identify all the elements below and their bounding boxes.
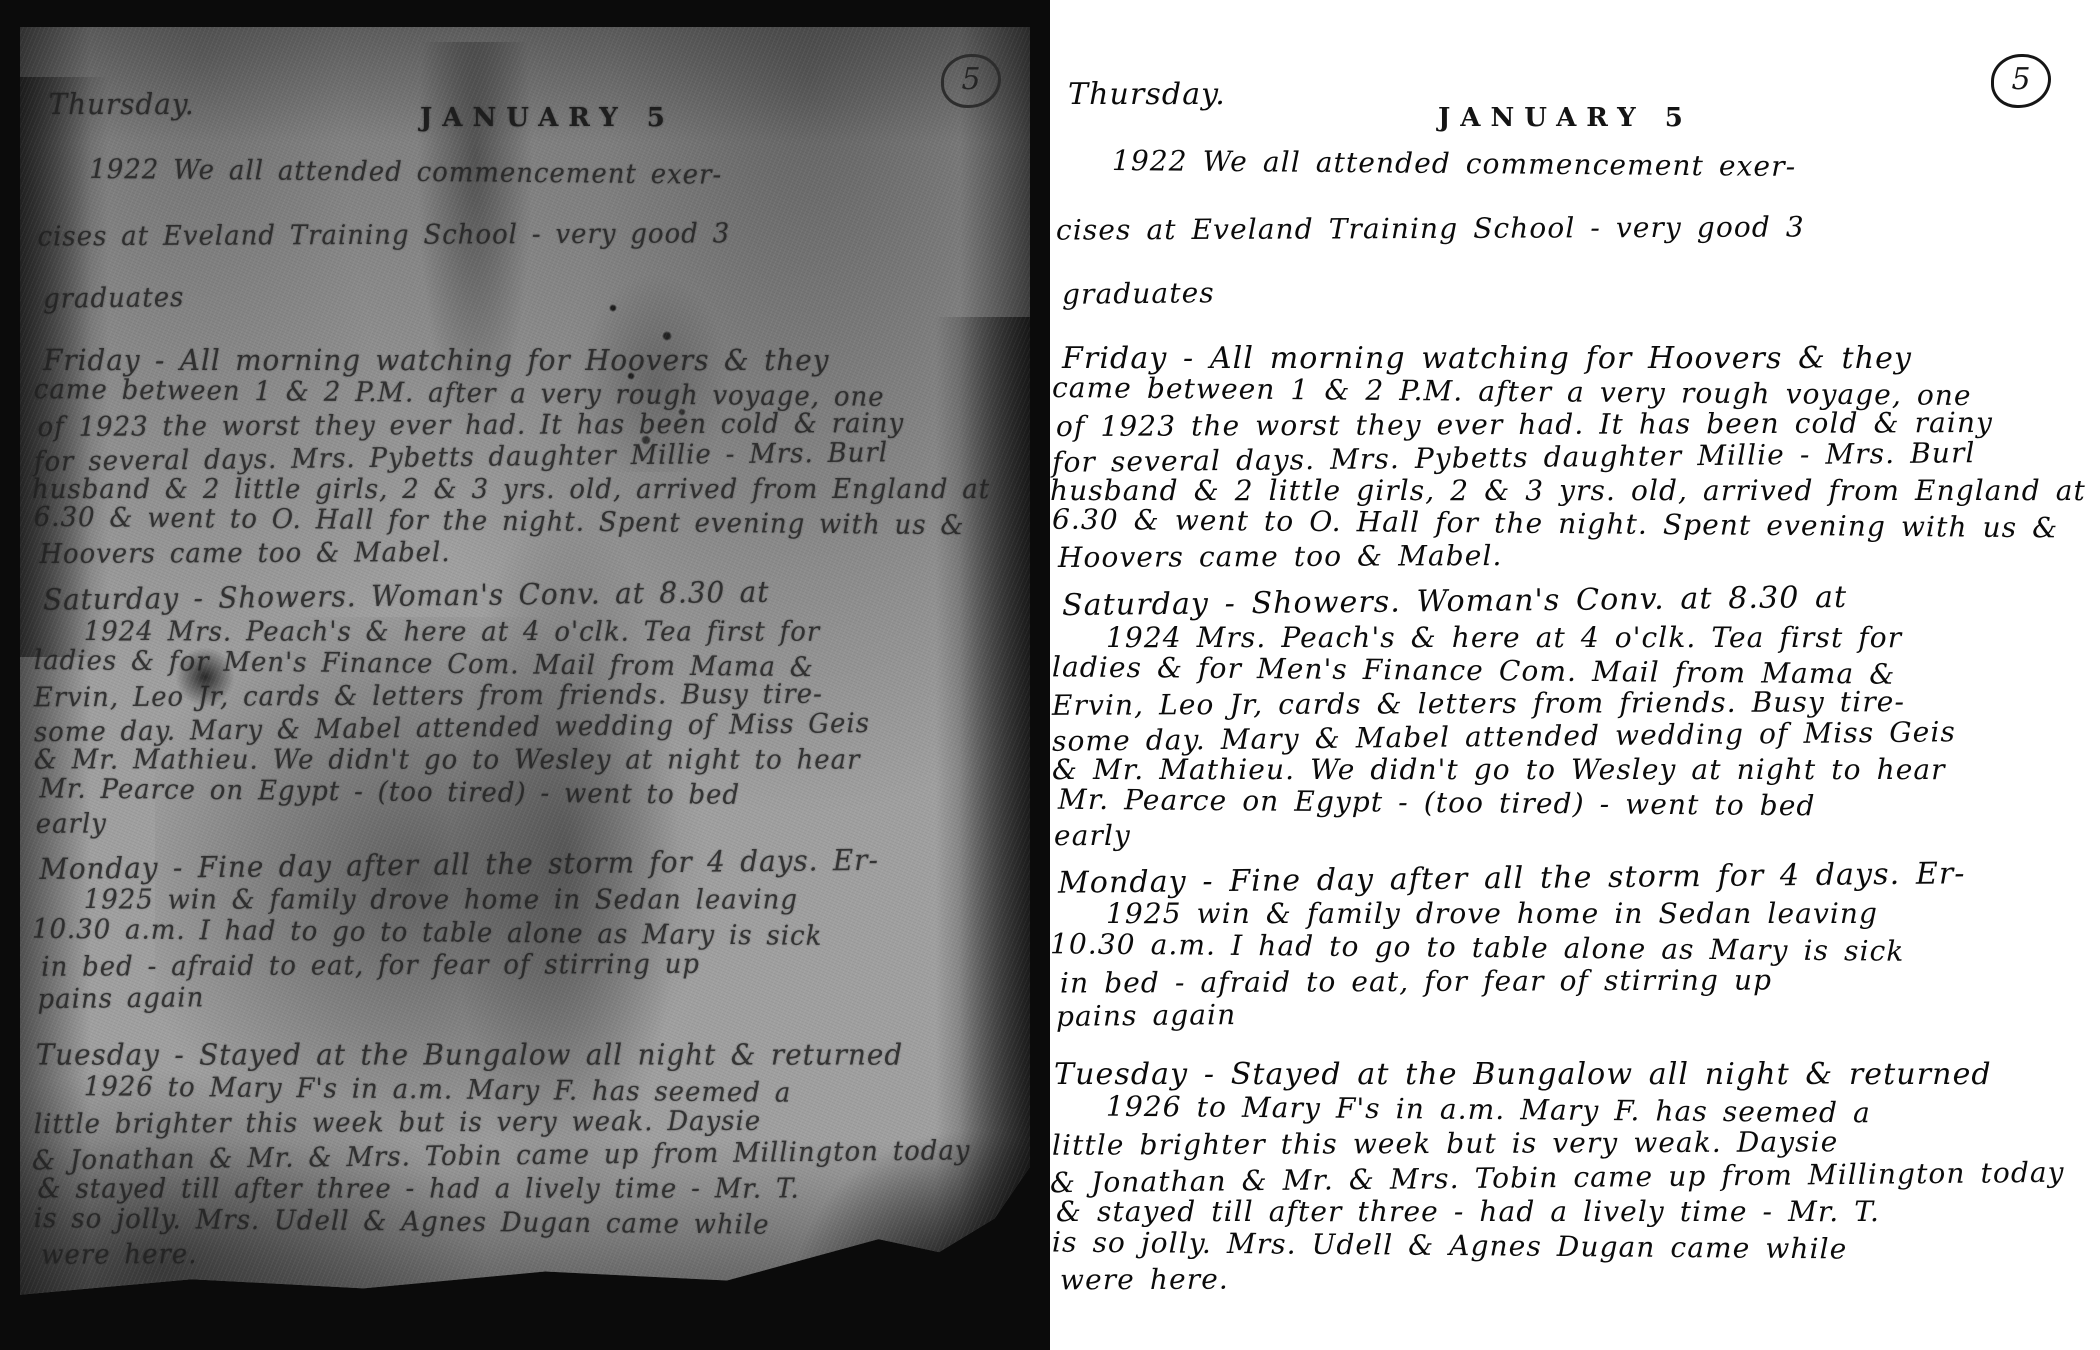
- handwritten-line: Ervin, Leo Jr, cards & letters from frie…: [1052, 688, 1905, 720]
- handwriting-layer: Thursday.1922 We all attended commenceme…: [32, 13, 1003, 1323]
- binarized-page-panel: JANUARY 5 5 Thursday.1922 We all attende…: [1050, 0, 2100, 1350]
- handwritten-line: for several days. Mrs. Pybetts daughter …: [34, 439, 889, 476]
- handwritten-line: some day. Mary & Mabel attended wedding …: [1052, 718, 1956, 755]
- handwritten-line: Thursday.: [49, 91, 195, 120]
- handwritten-line: little brighter this week but is very we…: [34, 1107, 761, 1137]
- handwritten-line: little brighter this week but is very we…: [1052, 1128, 1838, 1159]
- handwritten-line: Mr. Pearce on Egypt - (too tired) - went…: [1058, 786, 1816, 821]
- handwritten-line: 1926 to Mary F's in a.m. Mary F. has see…: [84, 1073, 792, 1107]
- handwritten-line: husband & 2 little girls, 2 & 3 yrs. old…: [32, 476, 990, 503]
- handwritten-line: 1925 win & family drove home in Sedan le…: [84, 886, 798, 913]
- handwritten-line: in bed - afraid to eat, for fear of stir…: [41, 950, 700, 980]
- handwritten-line: came between 1 & 2 P.M. after a very rou…: [1052, 374, 1972, 410]
- handwritten-line: 6.30 & went to O. Hall for the night. Sp…: [34, 503, 965, 539]
- handwritten-line: graduates: [1062, 279, 1215, 309]
- handwritten-line: cises at Eveland Training School - very …: [37, 220, 730, 250]
- handwritten-line: Tuesday - Stayed at the Bungalow all nig…: [1054, 1060, 1992, 1090]
- handwritten-line: Hoovers came too & Mabel.: [39, 539, 450, 568]
- handwritten-line: graduates: [43, 284, 185, 313]
- handwritten-line: cises at Eveland Training School - very …: [1056, 213, 1805, 244]
- handwritten-line: Saturday - Showers. Woman's Conv. at 8.3…: [43, 578, 770, 615]
- handwritten-line: ladies & for Men's Finance Com. Mail fro…: [34, 647, 814, 681]
- handwritten-line: some day. Mary & Mabel attended wedding …: [34, 710, 870, 746]
- handwritten-line: Monday - Fine day after all the storm fo…: [39, 846, 879, 884]
- handwritten-line: & Mr. Mathieu. We didn't go to Wesley at…: [1052, 756, 1946, 784]
- handwritten-line: is so jolly. Mrs. Udell & Agnes Dugan ca…: [1052, 1229, 1848, 1264]
- handwritten-line: Hoovers came too & Mabel.: [1058, 542, 1503, 572]
- handwritten-line: of 1923 the worst they ever had. It has …: [37, 410, 904, 441]
- handwritten-line: & Jonathan & Mr. & Mrs. Tobin came up fr…: [1050, 1159, 2065, 1198]
- handwritten-line: early: [36, 810, 107, 837]
- handwritten-line: came between 1 & 2 P.M. after a very rou…: [34, 376, 885, 411]
- handwritten-line: Saturday - Showers. Woman's Conv. at 8.3…: [1062, 583, 1848, 621]
- handwritten-line: were here.: [41, 1241, 197, 1269]
- handwritten-line: Friday - All morning watching for Hoover…: [43, 347, 829, 376]
- handwritten-line: is so jolly. Mrs. Udell & Agnes Dugan ca…: [34, 1205, 770, 1239]
- handwritten-line: Thursday.: [1068, 80, 1226, 110]
- handwritten-line: 10.30 a.m. I had to go to table alone as…: [1050, 930, 1905, 965]
- handwritten-line: 1925 win & family drove home in Sedan le…: [1106, 900, 1878, 928]
- handwritten-line: were here.: [1060, 1266, 1229, 1295]
- handwritten-line: of 1923 the worst they ever had. It has …: [1056, 409, 1993, 441]
- handwritten-line: early: [1054, 822, 1131, 850]
- handwritten-line: ladies & for Men's Finance Com. Mail fro…: [1052, 653, 1896, 688]
- handwritten-line: 1924 Mrs. Peach's & here at 4 o'clk. Tea…: [1106, 624, 1902, 652]
- handwritten-line: Ervin, Leo Jr, cards & letters from frie…: [34, 680, 823, 711]
- handwritten-line: 10.30 a.m. I had to go to table alone as…: [32, 915, 823, 949]
- handwritten-line: pains again: [37, 984, 204, 1013]
- handwritten-line: 1922 We all attended commencement exer-: [89, 156, 722, 189]
- handwritten-line: 1924 Mrs. Peach's & here at 4 o'clk. Tea…: [84, 618, 821, 645]
- handwritten-line: for several days. Mrs. Pybetts daughter …: [1052, 439, 1976, 477]
- handwritten-line: Friday - All morning watching for Hoover…: [1062, 344, 1912, 374]
- handwritten-line: & Mr. Mathieu. We didn't go to Wesley at…: [34, 746, 861, 773]
- handwritten-line: pains again: [1056, 1001, 1237, 1031]
- handwritten-line: in bed - afraid to eat, for fear of stir…: [1060, 966, 1772, 997]
- handwritten-line: 6.30 & went to O. Hall for the night. Sp…: [1052, 506, 2058, 543]
- diary-page-comparison: JANUARY 5 5 Thursday.1922 We all attende…: [0, 0, 2100, 1350]
- handwritten-line: Monday - Fine day after all the storm fo…: [1058, 859, 1966, 899]
- handwritten-line: & stayed till after three - had a lively…: [38, 1175, 800, 1202]
- handwritten-line: Tuesday - Stayed at the Bungalow all nig…: [36, 1041, 903, 1070]
- handwritten-line: husband & 2 little girls, 2 & 3 yrs. old…: [1050, 477, 2086, 505]
- scanned-page-panel: JANUARY 5 5 Thursday.1922 We all attende…: [0, 0, 1050, 1350]
- handwritten-line: 1922 We all attended commencement exer-: [1112, 147, 1796, 181]
- handwritten-line: & stayed till after three - had a lively…: [1056, 1198, 1880, 1226]
- handwritten-line: Mr. Pearce on Egypt - (too tired) - went…: [39, 775, 740, 809]
- handwriting-layer: Thursday.1922 We all attended commenceme…: [1050, 0, 2100, 1350]
- handwritten-line: 1926 to Mary F's in a.m. Mary F. has see…: [1106, 1093, 1871, 1128]
- handwritten-line: & Jonathan & Mr. & Mrs. Tobin came up fr…: [32, 1137, 971, 1174]
